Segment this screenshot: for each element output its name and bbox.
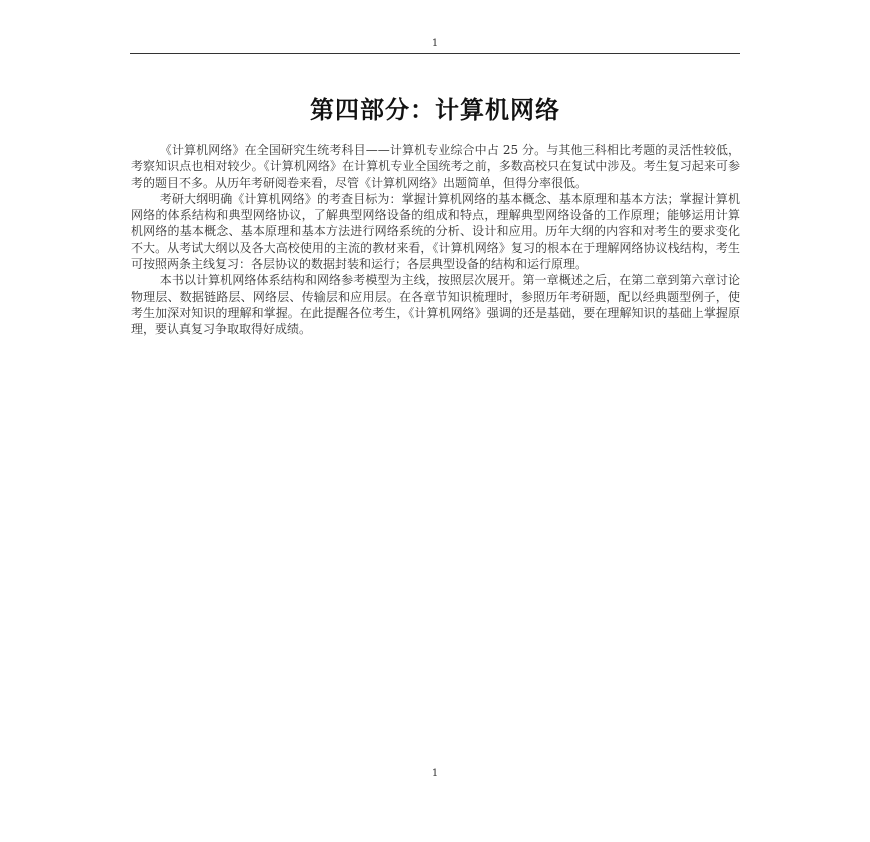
chapter-title: 第四部分：计算机网络 <box>0 90 870 125</box>
footer-page-number: 1 <box>0 768 870 779</box>
header-page-number: 1 <box>0 38 870 49</box>
paragraph: 本书以计算机网络体系结构和网络参考模型为主线，按照层次展开。第一章概述之后，在第… <box>131 272 740 337</box>
body-text: 《计算机网络》在全国研究生统考科目——计算机专业综合中占 25 分。与其他三科相… <box>131 142 740 338</box>
paragraph: 考研大纲明确《计算机网络》的考查目标为：掌握计算机网络的基本概念、基本原理和基本… <box>131 191 740 272</box>
paragraph: 《计算机网络》在全国研究生统考科目——计算机专业综合中占 25 分。与其他三科相… <box>131 142 740 191</box>
document-page: 1 第四部分：计算机网络 《计算机网络》在全国研究生统考科目——计算机专业综合中… <box>0 0 870 842</box>
header-divider <box>130 53 740 54</box>
